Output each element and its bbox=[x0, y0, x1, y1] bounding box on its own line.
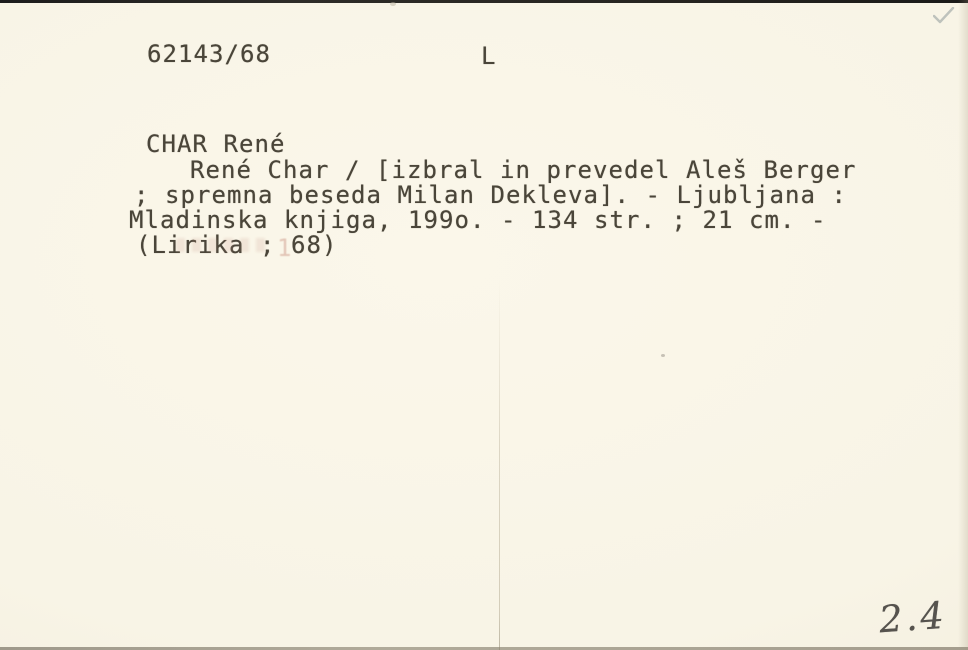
bibliography-line: ; spremna beseda Milan Dekleva]. - Ljubl… bbox=[134, 181, 847, 209]
paper-speck bbox=[390, 2, 396, 6]
bibliography-line: Mladinska knjiga, 199o. - 134 str. ; 21 … bbox=[129, 206, 826, 234]
call-number: 62143/68 bbox=[147, 40, 271, 68]
scan-edge-top bbox=[0, 0, 968, 3]
bibliography-line: René Char / [izbral in prevedel Aleš Ber… bbox=[190, 156, 856, 184]
erased-text-smudge bbox=[176, 238, 272, 252]
handwritten-note: 2.4 bbox=[878, 594, 949, 642]
author-heading: CHAR René bbox=[146, 130, 286, 158]
erased-ghost-character: 1 bbox=[277, 234, 292, 262]
checkmark-icon bbox=[933, 7, 955, 25]
classification-letter: L bbox=[481, 42, 497, 70]
scan-shading-right bbox=[958, 0, 968, 650]
fold-crease bbox=[499, 280, 500, 650]
catalog-card-scan: 62143/68 L CHAR René René Char / [izbral… bbox=[0, 0, 968, 650]
paper-speck bbox=[661, 354, 665, 357]
